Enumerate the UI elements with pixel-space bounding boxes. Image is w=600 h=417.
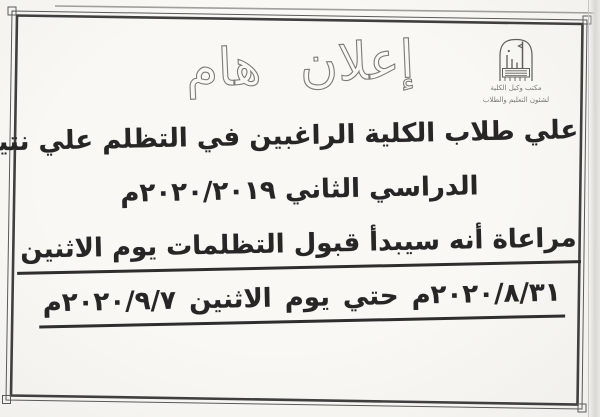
scan-edge-band [588,0,600,417]
body-line-2-text: الدراسي الثاني ٢٠٢٠/٢٠١٩م [120,171,479,208]
paper-edge-shadow [55,6,600,13]
assiut-university-emblem-icon [495,35,537,82]
announcement-title-calligraphy: إعلان هام [118,20,482,112]
scanned-announcement-document: مكتب وكيل الكلية لشئون التعليم والطلاب إ… [0,0,600,417]
body-line-4-text: ٢٠٢٠/٨/٣١م حتي يوم الاثنين ٢٠٢٠/٩/٧م [38,277,565,328]
body-line-1-text: علي طلاب الكلية الراغبين في التظلم علي ن… [0,115,579,160]
announcement-body: علي طلاب الكلية الراغبين في التظلم علي ن… [18,103,582,331]
letterhead: مكتب وكيل الكلية لشئون التعليم والطلاب [478,35,554,105]
announcement-title: إعلان هام [184,30,415,100]
letterhead-office-line1: مكتب وكيل الكلية [478,84,554,93]
